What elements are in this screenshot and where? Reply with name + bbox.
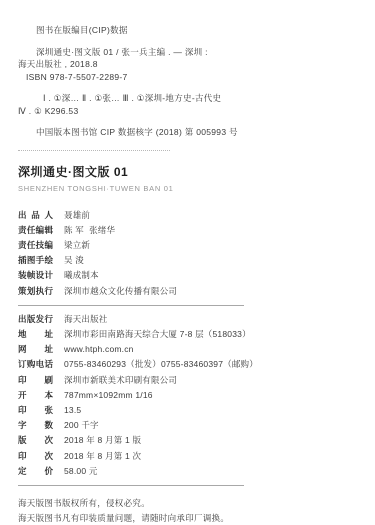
publishing-row: 网址www.htph.com.cn: [18, 342, 355, 357]
credit-label: 出品人: [18, 208, 53, 223]
publishing-label: 网址: [18, 342, 53, 357]
book-title-pinyin: SHENZHEN TONGSHI·TUWEN BAN 01: [18, 184, 355, 193]
publishing-row: 版次2018 年 8 月第 1 版: [18, 433, 355, 448]
publishing-value: 13.5: [64, 405, 81, 415]
credit-value: 吴 浚: [64, 255, 84, 265]
publishing-label: 版次: [18, 433, 53, 448]
publishing-row: 印次2018 年 8 月第 1 次: [18, 449, 355, 464]
credit-label: 责任编辑: [18, 223, 53, 238]
publishing-value: 787mm×1092mm 1/16: [64, 390, 153, 400]
dotted-separator: [18, 150, 170, 151]
credit-label: 责任技编: [18, 238, 53, 253]
cip-heading: 图书在版编目(CIP)数据: [36, 24, 355, 37]
credit-row: 策划执行深圳市越众文化传播有限公司: [18, 284, 355, 299]
cip-classification: Ⅰ . ①深… Ⅱ . ①张… Ⅲ . ①深圳-地方史-古代史: [43, 92, 355, 105]
publishing-value: 2018 年 8 月第 1 版: [64, 435, 141, 445]
cip-isbn: ISBN 978-7-5507-2289-7: [26, 71, 355, 84]
copyright-page: 图书在版编目(CIP)数据 深圳通史·图文版 01 / 张一兵主编 . — 深圳…: [0, 0, 375, 525]
publishing-row: 印张13.5: [18, 403, 355, 418]
note-line: 海天版图书版权所有，侵权必究。: [18, 496, 355, 511]
publishing-section: 出版发行海天出版社 地址深圳市彩田南路海天综合大厦 7-8 层（518033） …: [18, 312, 355, 479]
publishing-label: 订购电话: [18, 357, 53, 372]
credit-label: 策划执行: [18, 284, 53, 299]
publishing-value: www.htph.com.cn: [64, 344, 134, 354]
publishing-value: 58.00 元: [64, 466, 98, 476]
credit-row: 插图手绘吴 浚: [18, 253, 355, 268]
publishing-label: 出版发行: [18, 312, 53, 327]
credit-value: 聂雄前: [64, 210, 90, 220]
publishing-value: 0755-83460293（批发）0755-83460397（邮购）: [64, 359, 258, 369]
cip-record-number: 中国版本图书馆 CIP 数据核字 (2018) 第 005993 号: [36, 126, 355, 139]
cip-line: 深圳通史·图文版 01 / 张一兵主编 . — 深圳 :: [36, 46, 355, 59]
credit-row: 责任编辑陈 军 张绪华: [18, 223, 355, 238]
divider: [18, 485, 244, 486]
credit-value: 深圳市越众文化传播有限公司: [64, 286, 177, 296]
publishing-row: 印刷深圳市新联美术印刷有限公司: [18, 373, 355, 388]
publishing-label: 开本: [18, 388, 53, 403]
publishing-row: 字数200 千字: [18, 418, 355, 433]
copyright-notes: 海天版图书版权所有，侵权必究。 海天版图书凡有印装质量问题，请随时向承印厂调换。: [18, 496, 355, 525]
publishing-value: 深圳市彩田南路海天综合大厦 7-8 层（518033）: [64, 329, 251, 339]
cip-classification-2: Ⅳ . ① K296.53: [18, 105, 355, 118]
publishing-value: 深圳市新联美术印刷有限公司: [64, 375, 177, 385]
credit-row: 责任技编梁立新: [18, 238, 355, 253]
divider: [18, 305, 244, 306]
credit-value: 梁立新: [64, 240, 90, 250]
publishing-label: 印次: [18, 449, 53, 464]
publishing-label: 地址: [18, 327, 53, 342]
publishing-label: 定价: [18, 464, 53, 479]
publishing-value: 200 千字: [64, 420, 99, 430]
publishing-row: 订购电话0755-83460293（批发）0755-83460397（邮购）: [18, 357, 355, 372]
publishing-row: 开本787mm×1092mm 1/16: [18, 388, 355, 403]
publishing-value: 海天出版社: [64, 314, 108, 324]
publishing-label: 印刷: [18, 373, 53, 388]
note-line: 海天版图书凡有印装质量问题，请随时向承印厂调换。: [18, 511, 355, 525]
publishing-row: 出版发行海天出版社: [18, 312, 355, 327]
book-title: 深圳通史·图文版 01: [18, 163, 355, 180]
credit-label: 装帧设计: [18, 268, 53, 283]
credits-section: 出品人聂雄前 责任编辑陈 军 张绪华 责任技编梁立新 插图手绘吴 浚 装帧设计曦…: [18, 208, 355, 299]
publishing-value: 2018 年 8 月第 1 次: [64, 451, 141, 461]
credit-row: 出品人聂雄前: [18, 208, 355, 223]
credit-value: 陈 军 张绪华: [64, 225, 115, 235]
credit-row: 装帧设计曦成制本: [18, 268, 355, 283]
cip-line: 海天出版社 , 2018.8: [18, 58, 355, 71]
credit-value: 曦成制本: [64, 270, 99, 280]
credit-label: 插图手绘: [18, 253, 53, 268]
cip-block: 图书在版编目(CIP)数据 深圳通史·图文版 01 / 张一兵主编 . — 深圳…: [18, 24, 355, 139]
publishing-label: 印张: [18, 403, 53, 418]
publishing-row: 地址深圳市彩田南路海天综合大厦 7-8 层（518033）: [18, 327, 355, 342]
publishing-label: 字数: [18, 418, 53, 433]
publishing-row: 定价58.00 元: [18, 464, 355, 479]
